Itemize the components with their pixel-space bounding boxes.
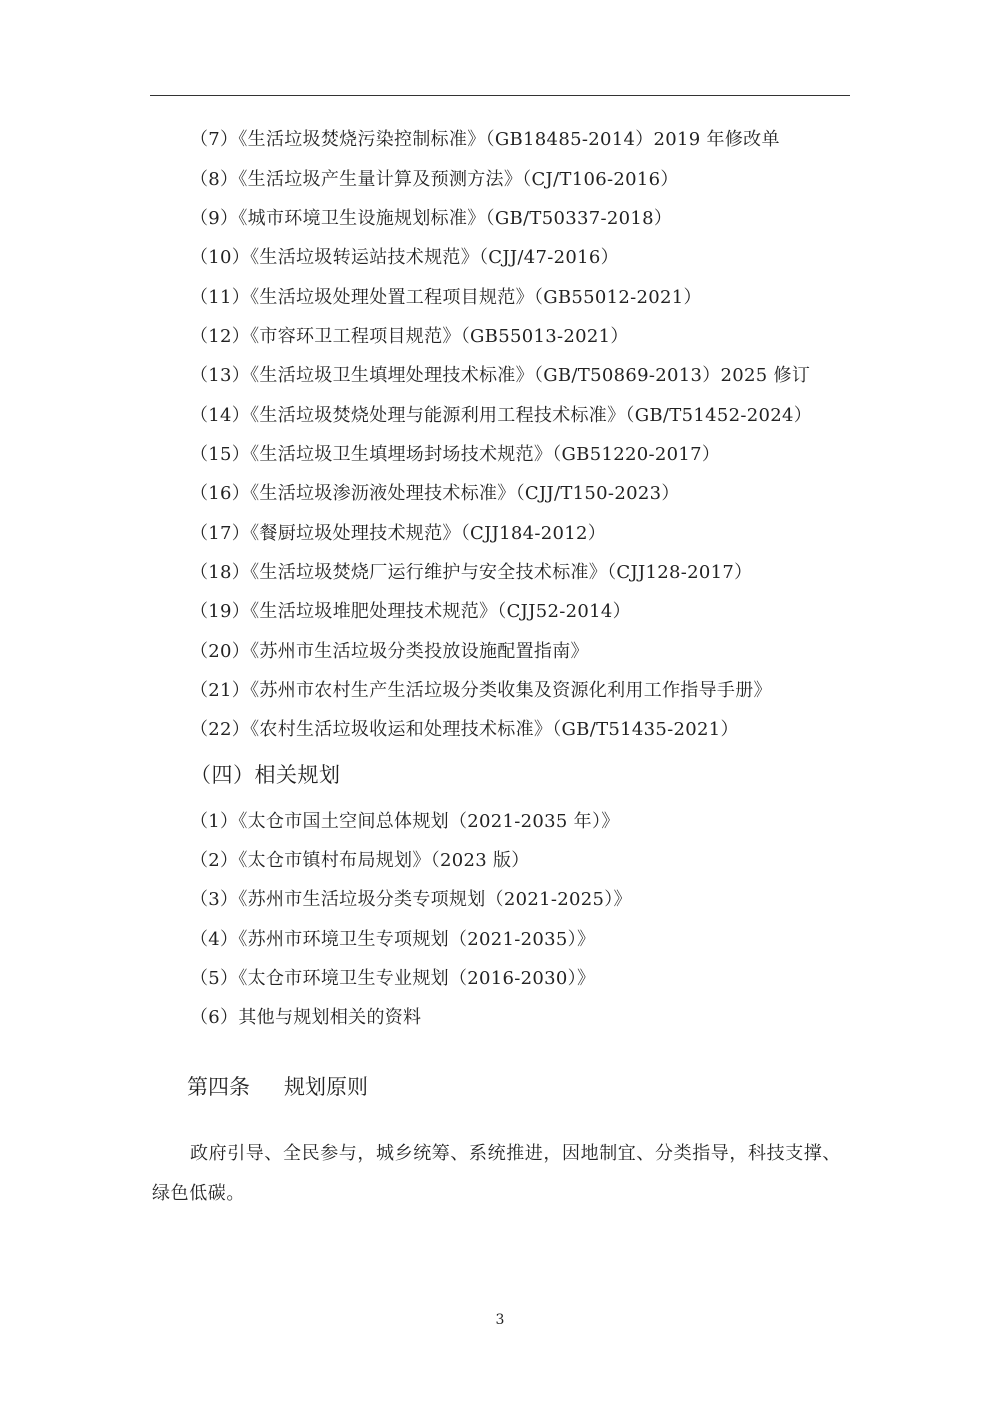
list-item: （17）《餐厨垃圾处理技术规范》（CJJ184-2012） [190,522,606,546]
list-item: （16）《生活垃圾渗沥液处理技术标准》（CJJ/T150-2023） [190,482,680,506]
list-item: （22）《农村生活垃圾收运和处理技术标准》（GB/T51435-2021） [190,718,739,742]
list-item: （1）《太仓市国土空间总体规划（2021-2035 年）》 [190,810,620,834]
section-heading: （四）相关规划 [190,761,341,789]
article-number: 第四条 [187,1075,250,1099]
list-item: （6）其他与规划相关的资料 [190,1006,421,1030]
article-title: 规划原则 [284,1075,368,1099]
list-item: （7）《生活垃圾焚烧污染控制标准》（GB18485-2014）2019 年修改单 [190,128,780,152]
list-item: （18）《生活垃圾焚烧厂运行维护与安全技术标准》（CJJ128-2017） [190,561,752,585]
article-body-paragraph: 政府引导、全民参与，城乡统筹、系统推进，因地制宜、分类指导，科技支撑、绿色低碳。 [152,1134,856,1214]
page-number: 3 [0,1312,1000,1328]
list-item: （2）《太仓市镇村布局规划》（2023 版） [190,849,530,873]
list-item: （19）《生活垃圾堆肥处理技术规范》（CJJ52-2014） [190,600,631,624]
list-item: （13）《生活垃圾卫生填埋处理技术标准》（GB/T50869-2013）2025… [190,364,810,388]
list-item: （15）《生活垃圾卫生填埋场封场技术规范》（GB51220-2017） [190,443,720,467]
list-item: （21）《苏州市农村生产生活垃圾分类收集及资源化利用工作指导手册》 [190,679,772,703]
article-heading: 第四条规划原则 [187,1073,368,1101]
list-item: （3）《苏州市生活垃圾分类专项规划（2021-2025）》 [190,888,632,912]
list-item: （11）《生活垃圾处理处置工程项目规范》（GB55012-2021） [190,286,702,310]
list-item: （8）《生活垃圾产生量计算及预测方法》（CJ/T106-2016） [190,168,679,192]
list-item: （20）《苏州市生活垃圾分类投放设施配置指南》 [190,640,589,664]
list-item: （9）《城市环境卫生设施规划标准》（GB/T50337-2018） [190,207,672,231]
list-item: （14）《生活垃圾焚烧处理与能源利用工程技术标准》（GB/T51452-2024… [190,404,812,428]
list-item: （5）《太仓市环境卫生专业规划（2016-2030）》 [190,967,595,991]
list-item: （4）《苏州市环境卫生专项规划（2021-2035）》 [190,928,595,952]
header-rule [150,95,850,96]
list-item: （10）《生活垃圾转运站技术规范》（CJJ/47-2016） [190,246,619,270]
list-item: （12）《市容环卫工程项目规范》（GB55013-2021） [190,325,629,349]
